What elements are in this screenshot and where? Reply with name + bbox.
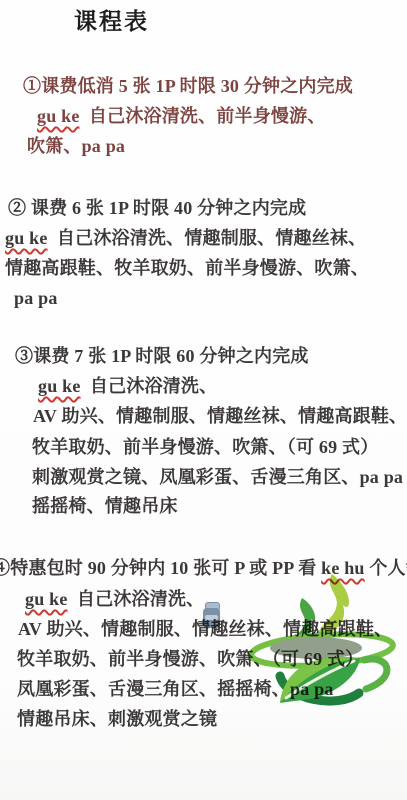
- pinyin-squiggle-segment: gu ke: [25, 589, 68, 609]
- document-page: 课程表 ①课费低消 5 张 1P 时限 30 分钟之内完成gu ke 自己沐浴清…: [0, 0, 407, 800]
- section-4-line-1: gu ke 自己沐浴清洗、: [25, 588, 204, 610]
- text-segment: ①课费低消 5 张 1P 时限 30 分钟之内完成: [23, 76, 353, 96]
- text-segment: 情趣高跟鞋、牧羊取奶、前半身慢游、吹箫、: [5, 258, 369, 278]
- section-2-header: ② 课费 6 张 1P 时限 40 分钟之内完成: [8, 197, 306, 219]
- section-2-line-1: gu ke 自己沐浴清洗、情趣制服、情趣丝袜、: [5, 227, 366, 249]
- section-4-line-5: 情趣吊床、刺激观赏之镜: [17, 708, 217, 730]
- pinyin-squiggle-segment: gu ke: [37, 106, 80, 126]
- pinyin-squiggle-segment: ke hu: [321, 558, 365, 578]
- text-segment: 自己沐浴清洗、: [68, 589, 205, 609]
- text-segment: 刺激观赏之镜、凤凰彩蛋、舌漫三角区、pa pa: [32, 467, 403, 487]
- text-segment: 牧羊取奶、前半身慢游、吹箫、（可 69 式）: [17, 649, 363, 669]
- section-3-line-5: 摇摇椅、情趣吊床: [32, 495, 178, 517]
- cup-handle-icon: [364, 659, 387, 689]
- section-4-line-4: 凤凰彩蛋、舌漫三角区、摇摇椅、pa pa: [17, 678, 334, 700]
- section-4-header: ④特惠包时 90 分钟内 10 张可 P 或 PP 看 ke hu 个人需: [0, 557, 407, 579]
- section-1-header: ①课费低消 5 张 1P 时限 30 分钟之内完成: [23, 75, 353, 97]
- text-segment: AV 助兴、情趣制服、情趣丝袜、情趣高跟鞋、: [18, 619, 392, 639]
- text-segment: 自己沐浴清洗、前半身慢游、: [80, 106, 326, 126]
- text-segment: 自己沐浴清洗、情趣制服、情趣丝袜、: [48, 228, 367, 248]
- section-1-line-2: 吹箫、pa pa: [27, 135, 125, 157]
- text-segment: 个人需: [365, 558, 407, 578]
- page-title: 课程表: [74, 3, 149, 36]
- small-icon-cap: [205, 602, 220, 611]
- text-segment: ④特惠包时 90 分钟内 10 张可 P 或 PP 看: [0, 558, 321, 578]
- section-2-line-3: pa pa: [14, 287, 58, 309]
- section-4-line-2: AV 助兴、情趣制服、情趣丝袜、情趣高跟鞋、: [18, 618, 392, 640]
- text-segment: 摇摇椅、情趣吊床: [32, 496, 178, 516]
- text-segment: ③课费 7 张 1P 时限 60 分钟之内完成: [15, 346, 309, 366]
- text-segment: pa pa: [14, 288, 58, 308]
- text-segment: ② 课费 6 张 1P 时限 40 分钟之内完成: [8, 198, 306, 218]
- text-segment: 凤凰彩蛋、舌漫三角区、摇摇椅、pa pa: [17, 679, 334, 699]
- section-3-line-4: 刺激观赏之镜、凤凰彩蛋、舌漫三角区、pa pa: [32, 466, 403, 488]
- text-segment: AV 助兴、情趣制服、情趣丝袜、情趣高跟鞋、: [33, 406, 407, 426]
- text-segment: 自己沐浴清洗、: [81, 376, 218, 396]
- text-segment: 情趣吊床、刺激观赏之镜: [17, 709, 217, 729]
- section-3-line-1: gu ke 自己沐浴清洗、: [38, 375, 217, 397]
- section-2-line-2: 情趣高跟鞋、牧羊取奶、前半身慢游、吹箫、: [5, 257, 369, 279]
- pinyin-squiggle-segment: gu ke: [5, 228, 48, 248]
- text-segment: 牧羊取奶、前半身慢游、吹箫、（可 69 式）: [32, 437, 378, 457]
- section-4-line-3: 牧羊取奶、前半身慢游、吹箫、（可 69 式）: [17, 648, 363, 670]
- text-segment: 吹箫、pa pa: [27, 136, 125, 156]
- section-3-line-2: AV 助兴、情趣制服、情趣丝袜、情趣高跟鞋、: [33, 405, 407, 427]
- pinyin-squiggle-segment: gu ke: [38, 376, 81, 396]
- section-1-line-1: gu ke 自己沐浴清洗、前半身慢游、: [37, 105, 326, 127]
- section-3-header: ③课费 7 张 1P 时限 60 分钟之内完成: [15, 345, 309, 367]
- section-3-line-3: 牧羊取奶、前半身慢游、吹箫、（可 69 式）: [32, 436, 378, 458]
